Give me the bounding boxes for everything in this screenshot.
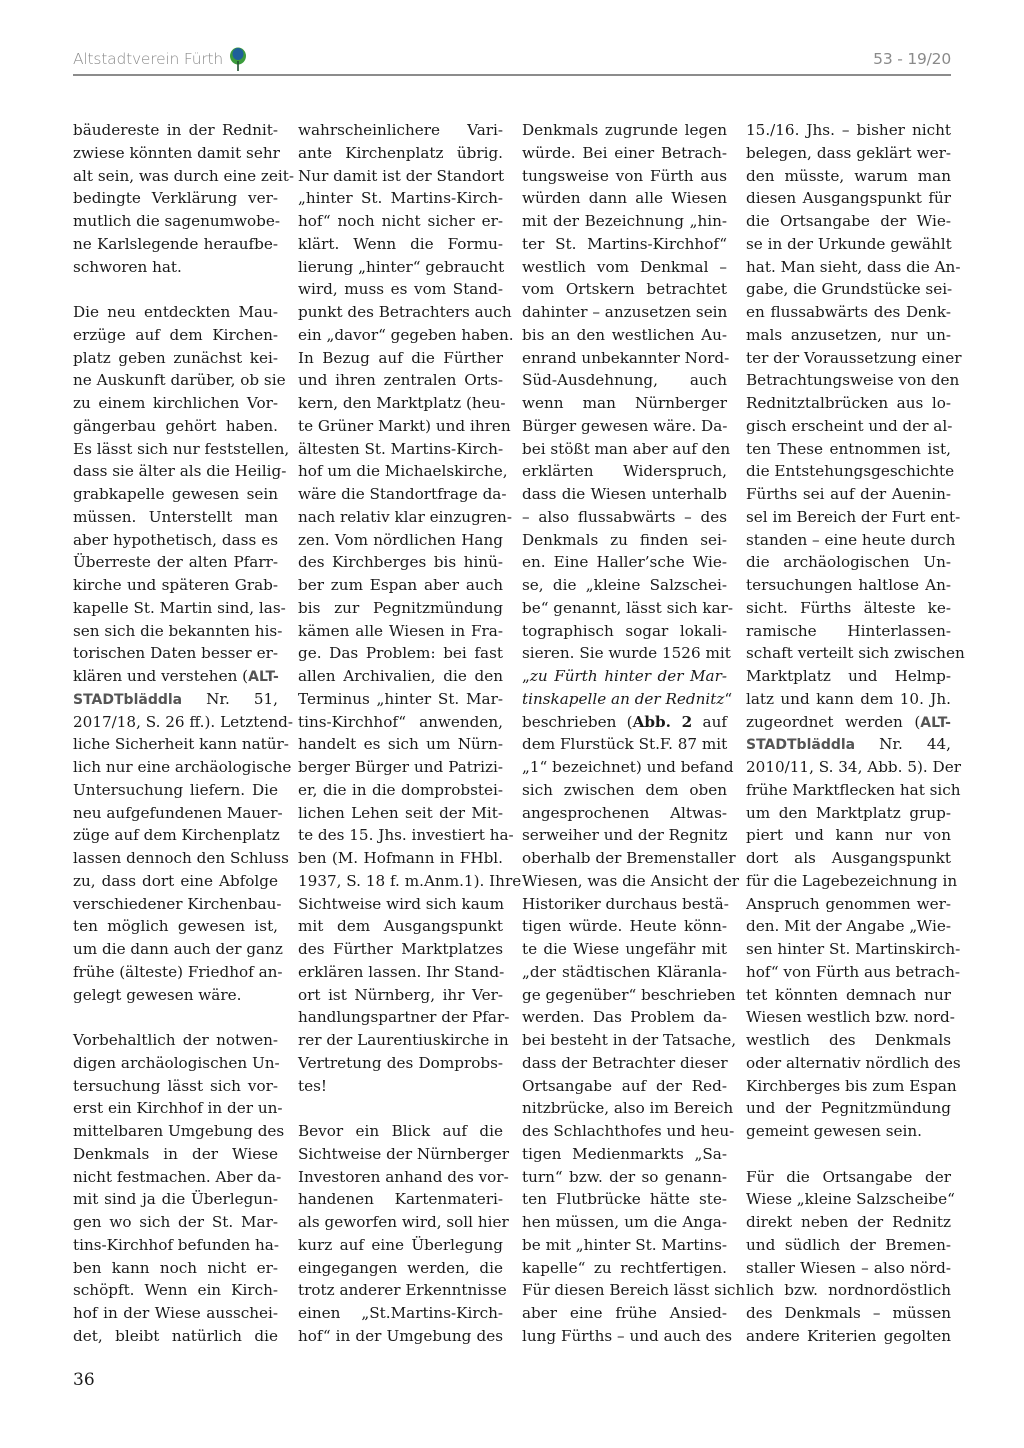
text-line: beschrieben (Abb. 2 auf [522,711,727,734]
text-line: Terminus „hinter St. Mar- [298,688,503,711]
text-line: den. Mit der Angabe „Wie- [746,915,951,938]
paragraph-break [73,1006,278,1029]
text-line: als geworfen wird, soll hier [298,1211,503,1234]
text-line: kämen alle Wiesen in Fra- [298,620,503,643]
text-line: gabe, die Grundstücke sei- [746,278,951,301]
text-line: en. Eine Haller’sche Wie- [522,551,727,574]
text-line: be“ genannt, lässt sich kar- [522,597,727,620]
text-line: Für die Ortsangabe der [746,1166,951,1189]
text-line: Sichtweise wird sich kaum [298,893,503,916]
text-line: würden dann alle Wiesen [522,187,727,210]
text-line: zen. Vom nördlichen Hang [298,529,503,552]
text-line: tinskapelle an der Rednitz“ [522,688,727,711]
text-line: dass die Wiesen unterhalb [522,483,727,506]
text-line: aber eine frühe Ansied- [522,1302,727,1325]
text-line: Betrachtungsweise von den [746,369,951,392]
text-line: turn“ bzw. der so genann- [522,1166,727,1189]
text-line: hof“ noch nicht sicher er- [298,210,503,233]
text-line: des Schlachthofes und heu- [522,1120,727,1143]
text-line: würde. Bei einer Betrach- [522,142,727,165]
text-line: frühe Marktflecken hat sich [746,779,951,802]
text-line: sicht. Fürths älteste ke- [746,597,951,620]
text-line: tigen Medienmarkts „Sa- [522,1143,727,1166]
text-line: vom Ortskern betrachtet [522,278,727,301]
text-line: neu aufgefundenen Mauer- [73,802,278,825]
text-line: diesen Ausgangspunkt für [746,187,951,210]
header-title: Altstadtverein Fürth [73,50,223,68]
text-line: Überreste der alten Pfarr- [73,551,278,574]
text-line: erst ein Kirchhof in der un- [73,1097,278,1120]
text-line: für die Lagebezeichnung in [746,870,951,893]
text-line: enrand unbekannter Nord- [522,347,727,370]
text-line: schaft verteilt sich zwischen [746,642,951,665]
text-line: tins-Kirchhof“ anwenden, [298,711,503,734]
text-line: ter der Voraussetzung einer [746,347,951,370]
text-line: allen Archivalien, die den [298,665,503,688]
text-line: und ihren zentralen Orts- [298,369,503,392]
text-line: erklärten Widerspruch, [522,460,727,483]
text-line: STADTbläddla Nr. 51, [73,688,278,711]
text-line: des Denkmals – müssen [746,1302,951,1325]
text-line: latz und kann dem 10. Jh. [746,688,951,711]
text-line: Denkmals zugrunde legen [522,119,727,142]
text-line: gisch erscheint und der al- [746,415,951,438]
text-line: hat. Man sieht, dass die An- [746,256,951,279]
text-line: erzüge auf dem Kirchen- [73,324,278,347]
text-line: lichen Lehen seit der Mit- [298,802,503,825]
text-line: standen – eine heute durch [746,529,951,552]
text-line: dass der Betrachter dieser [522,1052,727,1075]
text-line: klären und verstehen (ALT- [73,665,278,688]
text-line: erklären lassen. Ihr Stand- [298,961,503,984]
text-line: schöpft. Wenn ein Kirch- [73,1279,278,1302]
text-line: Nur damit ist der Standort [298,165,503,188]
text-line: züge auf dem Kirchenplatz [73,824,278,847]
text-line: schworen hat. [73,256,278,279]
text-line: se, die „kleine Salzschei- [522,574,727,597]
paragraph-break [73,278,278,301]
text-line: ten möglich gewesen ist, [73,915,278,938]
text-line: tins-Kirchhof befunden ha- [73,1234,278,1257]
text-line: 15./16. Jhs. – bisher nicht [746,119,951,142]
text-line: Wiese „kleine Salzscheibe“ [746,1188,951,1211]
text-line: Denkmals zu finden sei- [522,529,727,552]
text-line: oder alternativ nördlich des [746,1052,951,1075]
text-line: müssen. Unterstellt man [73,506,278,529]
text-line: kern, den Marktplatz (heu- [298,392,503,415]
text-line: des Fürther Marktplatzes [298,938,503,961]
text-line: bis zur Pegnitzmündung [298,597,503,620]
text-line: trotz anderer Erkenntnisse [298,1279,503,1302]
issue-number: 53 - 19/20 [873,50,951,68]
text-line: tographisch sogar lokali- [522,620,727,643]
text-line: bäudereste in der Rednit- [73,119,278,142]
text-line: Vorbehaltlich der notwen- [73,1029,278,1052]
text-line: er, die in die domprobstei- [298,779,503,802]
text-line: zwiese könnten damit sehr [73,142,278,165]
text-line: en flussabwärts des Denk- [746,301,951,324]
text-line: hof“ von Fürth aus betrach- [746,961,951,984]
text-line: Sichtweise der Nürnberger [298,1143,503,1166]
text-line: mutlich die sagenumwobe- [73,210,278,233]
text-line: kurz auf eine Überlegung [298,1234,503,1257]
text-line: Wiesen westlich bzw. nord- [746,1006,951,1029]
text-line: tersuchung lässt sich vor- [73,1075,278,1098]
text-line: te des 15. Jhs. investiert ha- [298,824,503,847]
text-line: 2017/18, S. 26 ff.). Letztend- [73,711,278,734]
text-line: 2010/11, S. 34, Abb. 5). Der [746,756,951,779]
text-line: „der städtischen Kläranla- [522,961,727,984]
text-line: einen „St.Martins-Kirch- [298,1302,503,1325]
paragraph-break [298,1097,503,1120]
text-line: grabkapelle gewesen sein [73,483,278,506]
text-line: – also flussabwärts – des [522,506,727,529]
text-line: ältesten St. Martins-Kirch- [298,438,503,461]
text-line: bei besteht in der Tatsache, [522,1029,727,1052]
text-line: ten Flutbrücke hätte ste- [522,1188,727,1211]
text-line: frühe (älteste) Friedhof an- [73,961,278,984]
text-line: dort als Ausgangspunkt [746,847,951,870]
text-line: nicht festmachen. Aber da- [73,1166,278,1189]
text-line: gemeint gewesen sein. [746,1120,951,1143]
text-line: Wiesen, was die Ansicht der [522,870,727,893]
text-line: ten These entnommen ist, [746,438,951,461]
text-line: gen wo sich der St. Mar- [73,1211,278,1234]
text-line: bedingte Verklärung ver- [73,187,278,210]
text-line: rer der Laurentiuskirche in [298,1029,503,1052]
text-line: Untersuchung liefern. Die [73,779,278,802]
text-line: die Ortsangabe der Wie- [746,210,951,233]
text-line: handenen Kartenmateri- [298,1188,503,1211]
running-header: Altstadtverein Fürth 53 - 19/20 [73,50,951,76]
tree-icon [229,47,247,71]
text-line: tungsweise von Fürth aus [522,165,727,188]
text-line: lassen dennoch den Schluss [73,847,278,870]
text-line: Süd-Ausdehnung, auch [522,369,727,392]
paragraph-break [746,1143,951,1166]
text-line: Investoren anhand des vor- [298,1166,503,1189]
text-line: Vertretung des Domprobs- [298,1052,503,1075]
text-line: wahrscheinlichere Vari- [298,119,503,142]
text-line: wird, muss es vom Stand- [298,278,503,301]
text-line: se in der Urkunde gewählt [746,233,951,256]
text-line: te die Wiese ungefähr mit [522,938,727,961]
text-line: platz geben zunächst kei- [73,347,278,370]
text-line: mals anzusetzen, nur un- [746,324,951,347]
text-line: Kirchberges bis zum Espan [746,1075,951,1098]
text-line: mittelbaren Umgebung des [73,1120,278,1143]
text-line: digen archäologischen Un- [73,1052,278,1075]
text-line: westlich vom Denkmal – [522,256,727,279]
text-line: mit sind ja die Überlegun- [73,1188,278,1211]
text-line: lung Fürths – und auch des [522,1325,727,1348]
text-line: sen hinter St. Martinskirch- [746,938,951,961]
text-line: des Kirchberges bis hinü- [298,551,503,574]
text-line: Bevor ein Blick auf die [298,1120,503,1143]
text-line: Anspruch genommen wer- [746,893,951,916]
text-line: nach relativ klar einzugren- [298,506,503,529]
text-line: den müsste, warum man [746,165,951,188]
text-line: ne Auskunft darüber, ob sie [73,369,278,392]
text-line: serweiher und der Regnitz [522,824,727,847]
text-line: die Entstehungsgeschichte [746,460,951,483]
text-line: piert und kann nur von [746,824,951,847]
text-line: mit der Bezeichnung „hin- [522,210,727,233]
text-line: ein „davor“ gegeben haben. [298,324,503,347]
text-line: die archäologischen Un- [746,551,951,574]
text-line: zu einem kirchlichen Vor- [73,392,278,415]
text-line: verschiedener Kirchenbau- [73,893,278,916]
text-line: zu, dass dort eine Abfolge [73,870,278,893]
text-line: STADTbläddla Nr. 44, [746,733,951,756]
text-line: um die dann auch der ganz [73,938,278,961]
text-line: dahinter – anzusetzen sein [522,301,727,324]
text-line: sel im Bereich der Furt ent- [746,506,951,529]
text-line: Denkmals in der Wiese [73,1143,278,1166]
text-line: tigen würde. Heute könn- [522,915,727,938]
text-line: kapelle“ zu rechtfertigen. [522,1257,727,1280]
text-line: belegen, dass geklärt wer- [746,142,951,165]
text-line: wenn man Nürnberger [522,392,727,415]
text-line: be mit „hinter St. Martins- [522,1234,727,1257]
text-line: 1937, S. 18 f. m.Anm.1). Ihre [298,870,503,893]
text-line: gelegt gewesen wäre. [73,984,278,1007]
text-line: ne Karlslegende heraufbe- [73,233,278,256]
text-line: westlich des Denkmals [746,1029,951,1052]
text-column-3: Denkmals zugrunde legenwürde. Bei einer … [522,119,727,1348]
text-line: „zu Fürth hinter der Mar- [522,665,727,688]
text-line: ben kann noch nicht er- [73,1257,278,1280]
text-line: Fürths sei auf der Auenin- [746,483,951,506]
text-line: tes! [298,1075,503,1098]
text-line: ben (M. Hofmann in FHbl. [298,847,503,870]
text-line: punkt des Betrachters auch [298,301,503,324]
text-line: bei stößt man aber auf den [522,438,727,461]
text-line: ge. Das Problem: bei fast [298,642,503,665]
text-line: det, bleibt natürlich die [73,1325,278,1348]
text-line: Die neu entdeckten Mau- [73,301,278,324]
text-line: berger Bürger und Patrizi- [298,756,503,779]
text-line: Marktplatz und Helmp- [746,665,951,688]
text-line: Ortsangabe auf der Red- [522,1075,727,1098]
text-line: lich bzw. nordnordöstlich [746,1279,951,1302]
text-line: kirche und späteren Grab- [73,574,278,597]
text-line: hof“ in der Umgebung des [298,1325,503,1348]
text-line: ramische Hinterlassen- [746,620,951,643]
text-line: ort ist Nürnberg, ihr Ver- [298,984,503,1007]
text-line: direkt neben der Rednitz [746,1211,951,1234]
text-line: tet könnten demnach nur [746,984,951,1007]
text-line: aber hypothetisch, dass es [73,529,278,552]
text-line: te Grüner Markt) und ihren [298,415,503,438]
text-line: dem Flurstück St.F. 87 mit [522,733,727,756]
text-line: Bürger gewesen wäre. Da- [522,415,727,438]
text-line: handlungspartner der Pfar- [298,1006,503,1029]
text-line: „hinter St. Martins-Kirch- [298,187,503,210]
text-line: lich nur eine archäologische [73,756,278,779]
text-line: kapelle St. Martin sind, las- [73,597,278,620]
text-line: andere Kriterien gegolten [746,1325,951,1348]
text-line: staller Wiesen – also nörd- [746,1257,951,1280]
text-line: sen sich die bekannten his- [73,620,278,643]
text-line: ge gegenüber“ beschrieben [522,984,727,1007]
text-line: wäre die Standortfrage da- [298,483,503,506]
text-line: Rednitztalbrücken aus lo- [746,392,951,415]
text-line: oberhalb der Bremenstaller [522,847,727,870]
text-line: handelt es sich um Nürn- [298,733,503,756]
text-line: Es lässt sich nur feststellen, [73,438,278,461]
text-line: zugeordnet werden (ALT- [746,711,951,734]
text-line: hof in der Wiese ausschei- [73,1302,278,1325]
text-line: klärt. Wenn die Formu- [298,233,503,256]
text-column-1: bäudereste in der Rednit-zwiese könnten … [73,119,278,1348]
text-line: ter St. Martins-Kirchhof“ [522,233,727,256]
text-line: hof um die Michaelskirche, [298,460,503,483]
text-line: mit dem Ausgangspunkt [298,915,503,938]
text-line: und südlich der Bremen- [746,1234,951,1257]
text-line: torischen Daten besser er- [73,642,278,665]
text-line: Für diesen Bereich lässt sich [522,1279,727,1302]
text-line: alt sein, was durch eine zeit- [73,165,278,188]
text-line: liche Sicherheit kann natür- [73,733,278,756]
text-line: ber zum Espan aber auch [298,574,503,597]
text-line: bis an den westlichen Au- [522,324,727,347]
text-line: gängerbau gehört haben. [73,415,278,438]
text-line: lierung „hinter“ gebraucht [298,256,503,279]
page-number: 36 [73,1370,95,1390]
text-column-4: 15./16. Jhs. – bisher nichtbelegen, dass… [746,119,951,1348]
text-line: tersuchungen haltlose An- [746,574,951,597]
text-line: sich zwischen dem oben [522,779,727,802]
text-line: Historiker durchaus bestä- [522,893,727,916]
text-line: ante Kirchenplatz übrig. [298,142,503,165]
text-line: „1“ bezeichnet) und befand [522,756,727,779]
text-line: und der Pegnitzmündung [746,1097,951,1120]
text-line: nitzbrücke, also im Bereich [522,1097,727,1120]
text-line: In Bezug auf die Fürther [298,347,503,370]
text-column-2: wahrscheinlichere Vari-ante Kirchenplatz… [298,119,503,1348]
text-line: werden. Das Problem da- [522,1006,727,1029]
text-line: um den Marktplatz grup- [746,802,951,825]
text-line: dass sie älter als die Heilig- [73,460,278,483]
text-line: hen müssen, um die Anga- [522,1211,727,1234]
text-line: angesprochenen Altwas- [522,802,727,825]
text-line: eingegangen werden, die [298,1257,503,1280]
text-line: sieren. Sie wurde 1526 mit [522,642,727,665]
